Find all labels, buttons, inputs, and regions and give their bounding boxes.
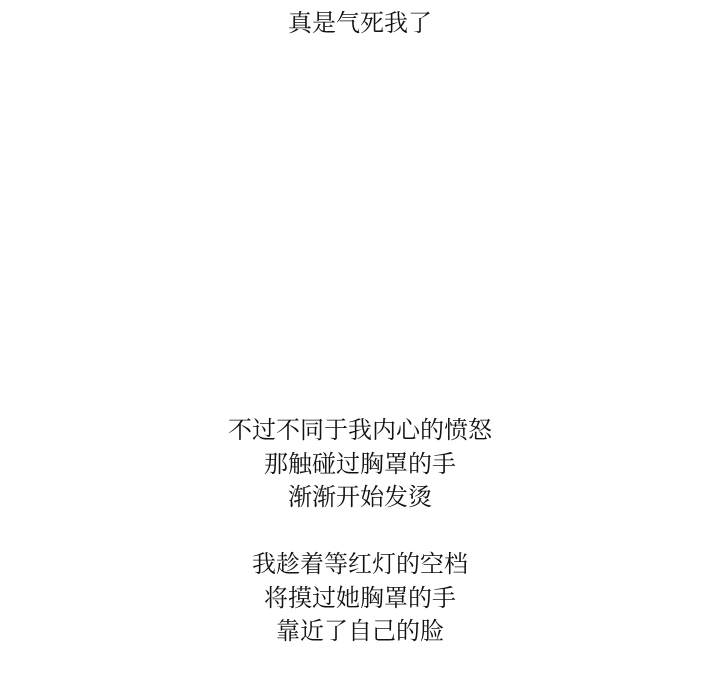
- caption-line: 将摸过她胸罩的手: [0, 582, 720, 616]
- comic-panel: 真是气死我了 不过不同于我内心的愤怒 那触碰过胸罩的手 渐渐开始发烫 我趁着等红…: [0, 0, 720, 700]
- caption-line: 我趁着等红灯的空档: [0, 548, 720, 582]
- caption-top: 真是气死我了: [0, 0, 720, 40]
- caption-line: 那触碰过胸罩的手: [0, 448, 720, 482]
- caption-middle: 不过不同于我内心的愤怒 那触碰过胸罩的手 渐渐开始发烫: [0, 414, 720, 515]
- caption-line: 渐渐开始发烫: [0, 481, 720, 515]
- caption-line: 真是气死我了: [0, 7, 720, 41]
- caption-line: 不过不同于我内心的愤怒: [0, 414, 720, 448]
- caption-bottom: 我趁着等红灯的空档 将摸过她胸罩的手 靠近了自己的脸: [0, 548, 720, 649]
- caption-line: 靠近了自己的脸: [0, 615, 720, 649]
